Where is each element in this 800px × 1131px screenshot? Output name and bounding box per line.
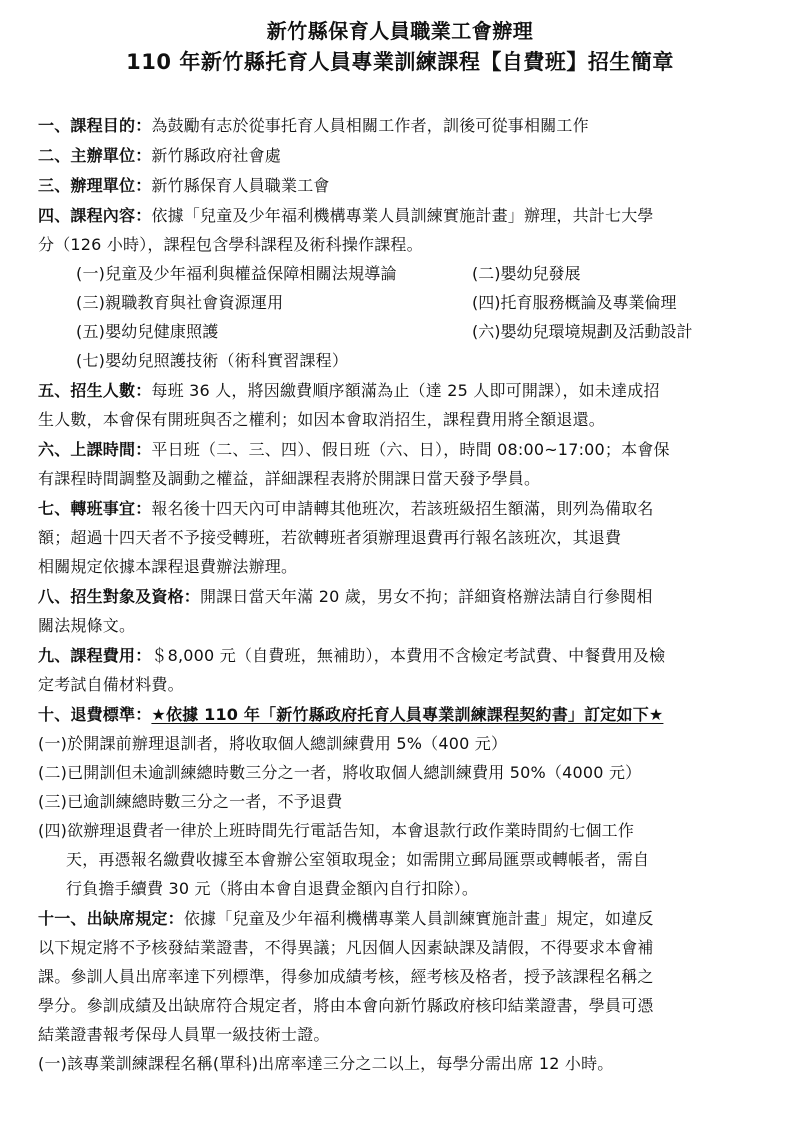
document-title-organizer: 新竹縣保育人員職業工會辦理: [0, 18, 800, 44]
course-item: (六)嬰幼兒環境規劃及活動設計: [472, 321, 693, 343]
section-eligibility-cont: 關法規條文。: [38, 615, 135, 637]
section-text: 報名後十四天內可申請轉其他班次，若該班級招生額滿，則列為備取名: [151, 499, 653, 518]
section-attendance-cont: 結業證書報考保母人員單一級技術士證。: [38, 1024, 330, 1046]
section-label: 七、轉班事宜：: [38, 499, 151, 518]
course-item: (一)兒童及少年福利與權益保障相關法規導論: [76, 263, 397, 285]
section-text: 開課日當天年滿 20 歲，男女不拘；詳細資格辦法請自行參閱相: [200, 587, 653, 606]
refund-item: (二)已開訓但未逾訓練總時數三分之一者，將收取個人總訓練費用 50%（4000 …: [38, 762, 641, 784]
refund-item-cont: 行負擔手續費 30 元（將由本會自退費金額內自行扣除）。: [66, 878, 478, 900]
section-purpose: 一、課程目的：為鼓勵有志於從事托育人員相關工作者，訓後可從事相關工作: [38, 115, 589, 137]
section-text: ＄8,000 元（自費班，無補助），本費用不含檢定考試費、中餐費用及檢: [151, 646, 665, 665]
course-item: (七)嬰幼兒照護技術（術科實習課程）: [76, 350, 348, 372]
refund-policy-highlight: ★依據 110 年「新竹縣政府托育人員專業訓練課程契約書」訂定如下★: [151, 705, 663, 724]
section-label: 五、招生人數：: [38, 381, 151, 400]
section-label: 四、課程內容：: [38, 206, 151, 225]
section-attendance: 十一、出缺席規定：依據「兒童及少年福利機構專業人員訓練實施計畫」規定，如違反: [38, 908, 654, 930]
course-item: (二)嬰幼兒發展: [472, 263, 581, 285]
refund-item: (一)於開課前辦理退訓者，將收取個人總訓練費用 5%（400 元）: [38, 733, 507, 755]
refund-item: (三)已逾訓練總時數三分之一者，不予退費: [38, 791, 343, 813]
section-eligibility: 八、招生對象及資格：開課日當天年滿 20 歲，男女不拘；詳細資格辦法請自行參閱相: [38, 586, 653, 608]
section-label: 十一、出缺席規定：: [38, 909, 184, 928]
section-attendance-cont: 學分。參訓成績及出缺席符合規定者，將由本會向新竹縣政府核印結業證書，學員可憑: [38, 995, 654, 1017]
document-page: 新竹縣保育人員職業工會辦理 110 年新竹縣托育人員專業訓練課程【自費班】招生簡…: [0, 0, 800, 1131]
section-host: 二、主辦單位：新竹縣政府社會處: [38, 145, 281, 167]
section-organizer: 三、辦理單位：新竹縣保育人員職業工會: [38, 175, 330, 197]
section-label: 一、課程目的：: [38, 116, 151, 135]
section-schedule: 六、上課時間：平日班（二、三、四）、假日班（六、日），時間 08:00~17:0…: [38, 439, 670, 461]
section-refund: 十、退費標準：★依據 110 年「新竹縣政府托育人員專業訓練課程契約書」訂定如下…: [38, 704, 663, 726]
section-transfer: 七、轉班事宜：報名後十四天內可申請轉其他班次，若該班級招生額滿，則列為備取名: [38, 498, 654, 520]
section-label: 八、招生對象及資格：: [38, 587, 200, 606]
section-label: 十、退費標準：: [38, 705, 151, 724]
section-text: 新竹縣保育人員職業工會: [151, 176, 329, 195]
refund-item-cont: 天，再憑報名繳費收據至本會辦公室領取現金；如需開立郵局匯票或轉帳者，需自: [66, 849, 649, 871]
section-fee: 九、課程費用：＄8,000 元（自費班，無補助），本費用不含檢定考試費、中餐費用…: [38, 645, 665, 667]
course-item: (三)親職教育與社會資源運用: [76, 292, 283, 314]
refund-item: (四)欲辦理退費者一律於上班時間先行電話告知，本會退款行政作業時間約七個工作: [38, 820, 634, 842]
section-transfer-cont: 額；超過十四天者不予接受轉班，若欲轉班者須辦理退費再行報名該班次，其退費: [38, 527, 621, 549]
course-item: (五)嬰幼兒健康照護: [76, 321, 219, 343]
attendance-item: (一)該專業訓練課程名稱(單科)出席率達三分之二以上，每學分需出席 12 小時。: [38, 1053, 614, 1075]
course-item: (四)托育服務概論及專業倫理: [472, 292, 677, 314]
section-schedule-cont: 有課程時間調整及調動之權益，詳細課程表將於開課日當天發予學員。: [38, 468, 540, 490]
section-text: 為鼓勵有志於從事托育人員相關工作者，訓後可從事相關工作: [151, 116, 588, 135]
section-label: 九、課程費用：: [38, 646, 151, 665]
section-enrollment-cont: 生人數，本會保有開班與否之權利；如因本會取消招生，課程費用將全額退還。: [38, 409, 605, 431]
section-transfer-cont: 相關規定依據本課程退費辦法辦理。: [38, 556, 297, 578]
section-label: 三、辦理單位：: [38, 176, 151, 195]
section-attendance-cont: 以下規定將不予核發結業證書，不得異議；凡因個人因素缺課及請假，不得要求本會補: [38, 937, 654, 959]
section-content: 四、課程內容：依據「兒童及少年福利機構專業人員訓練實施計畫」辦理，共計七大學: [38, 205, 654, 227]
section-enrollment: 五、招生人數：每班 36 人，將因繳費順序額滿為止（達 25 人即可開課），如未…: [38, 380, 660, 402]
section-text: 依據「兒童及少年福利機構專業人員訓練實施計畫」辦理，共計七大學: [151, 206, 653, 225]
section-label: 六、上課時間：: [38, 440, 151, 459]
section-text: 新竹縣政府社會處: [151, 146, 281, 165]
section-attendance-cont: 課。參訓人員出席率達下列標準，得參加成績考核，經考核及格者，授予該課程名稱之: [38, 966, 654, 988]
section-fee-cont: 定考試自備材料費。: [38, 674, 184, 696]
section-text: 平日班（二、三、四）、假日班（六、日），時間 08:00~17:00；本會保: [151, 440, 669, 459]
document-title-main: 110 年新竹縣托育人員專業訓練課程【自費班】招生簡章: [0, 49, 800, 75]
section-label: 二、主辦單位：: [38, 146, 151, 165]
section-content-cont: 分（126 小時），課程包含學科課程及術科操作課程。: [38, 234, 423, 256]
section-text: 依據「兒童及少年福利機構專業人員訓練實施計畫」規定，如違反: [184, 909, 654, 928]
section-text: 每班 36 人，將因繳費順序額滿為止（達 25 人即可開課），如未達成招: [151, 381, 659, 400]
